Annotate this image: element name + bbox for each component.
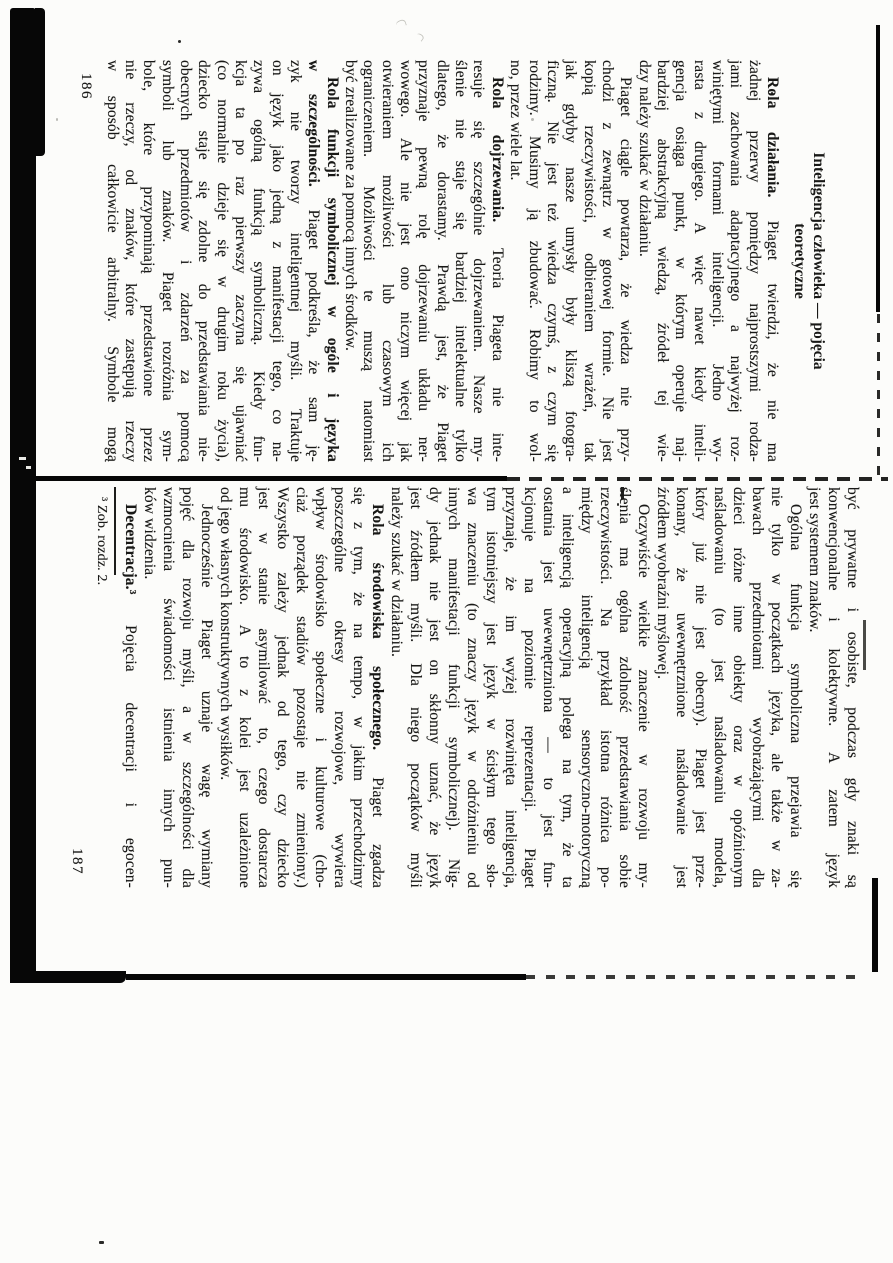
scan-smudge-curl-1 [395,19,407,29]
text-line: symboli lub znaków. Piaget rozróżnia sym… [157,60,175,462]
text-run: dzy należy szukać w działaniu. [636,60,653,257]
text-run: a inteligencją operacyjną polega na tym,… [559,487,576,888]
text-run: żadnej przerwy pomiędzy najprostszymi ro… [746,60,763,462]
text-run: Oczywiście wielkie znaczenie w rozwoju m… [635,504,652,888]
bold-run: Rola funkcji symbolicznej w ogóle i języ… [324,77,341,462]
text-line: chodzi z zewnątrz w gotowej formie. Nie … [598,60,616,462]
text-run: dziecko staje się zdolne do przedstawian… [195,60,212,462]
text-run: być zrealizowane za pomocą innych środkó… [342,60,359,351]
text-line: w szczególności. Piaget podkreśla, że sa… [304,60,322,462]
page-gutter-shadow-right [507,477,888,481]
text-run: Piaget podkreśla, że sam ję- [305,187,322,462]
text-run: Wszystko zależy jednak od tego, czy dzie… [274,487,291,888]
text-run: Piaget ciągle powtarza, że wiedza nie pr… [617,77,634,462]
text-line: Rola funkcji symbolicznej w ogóle i języ… [322,60,340,462]
text-line: nie rzeczy, od znaków, które zastępują r… [121,60,139,462]
text-line: dzieci różne inne obiekty oraz w opóźnio… [729,487,748,888]
text-line: przyznaje, że im wyżej rozwinięta inteli… [501,487,520,888]
section-heading: Inteligencja człowieka — pojęcia teorety… [790,60,828,462]
scan-edge-left-top [35,8,45,156]
text-run: dy jednak nie jest on skłonny uznać, że … [426,487,443,888]
text-run: Ogólna funkcja symboliczna przejawia się [787,504,804,888]
text-run: należy szukać w działaniu. [388,487,405,657]
text-line: Wszystko zależy jednak od tego, czy dzie… [273,487,292,888]
page-number-187: 187 [67,487,86,888]
page-edge-right-top [876,25,880,312]
page-186-text: Rola działania. Piaget twierdzi, że nie … [102,60,781,462]
text-run: zywa ogólną funkcją symboliczną. Kiedy f… [250,60,267,462]
text-line: jest źródłem myśli. Dla niego początków … [406,487,425,888]
text-run: bawach przedmiotami wyobrażającymi dla [749,487,766,888]
text-run: naśladowaniu (to jest naśladowaniu model… [711,487,728,888]
text-run: rzeczywistości. Na przykład istotna różn… [597,487,614,888]
text-line: Piaget ciągle powtarza, że wiedza nie pr… [616,60,634,462]
text-run: Teoria Piageta nie inte- [489,222,506,462]
text-line: jak gdyby nasze umysły były kliszą fotog… [561,60,579,462]
page-edge-right-dashes [877,314,880,482]
text-run: ków widzenia. [141,487,158,579]
scan-speck-bar-1 [19,457,26,460]
text-run: (co normalnie dzieje się w drugim roku ż… [214,60,231,462]
text-run: wowego. Ale nie jest ono niczym więcej j… [397,60,414,462]
text-line: ków widzenia. [140,487,159,888]
text-line: a inteligencją operacyjną polega na tym,… [558,487,577,888]
page-edge-right-mark [863,620,866,670]
section-heading-line-1: Inteligencja człowieka — pojęcia [809,60,828,462]
page-edge-right-bottom [872,878,878,972]
text-line: zywa ogólną funkcją symboliczną. Kiedy f… [249,60,267,462]
text-run: Piaget zgadza [369,750,386,888]
text-line: pojęć dla rozwoju myśli, a w szczególnoś… [178,487,197,888]
text-line: (co normalnie dzieje się w drugim roku ż… [212,60,230,462]
text-line: dy jednak nie jest on skłonny uznać, że … [425,487,444,888]
bold-run: Rola środowiska społecznego. [369,504,386,750]
text-line: poszczególne okresy rozwojowe, wywiera [330,487,349,888]
text-run: Piaget twierdzi, że nie ma [764,198,781,463]
bold-run: Rola działania. [764,77,781,198]
text-run: resuje się szczególnie dojrzewaniem. Nas… [471,60,488,462]
book-scan: Inteligencja człowieka — pojęcia teorety… [0,0,893,1263]
scan-speck [56,118,58,121]
text-run: wpływ środowisko społeczne i kulturowe (… [312,487,329,888]
text-run: kopią rzeczywistości, odbieraniem wrażeń… [581,60,598,462]
text-run: przyznaje pewną rolę dojrzewaniu układu … [415,60,432,462]
text-run: dlatego, że dorastamy. Prawdą jest, że P… [434,60,451,462]
text-line: Ogólna funkcja symboliczna przejawia się [786,487,805,888]
text-run: bardziej abstrakcyjną wiedzą, źródeł tej… [654,60,671,462]
text-run: pojęć dla rozwoju myśli, a w szczególnoś… [179,487,196,888]
text-line: winiętymi formami inteligencji. Jedno wy… [708,60,726,462]
text-line: jest w stanie asymilować to, czego dosta… [254,487,273,888]
text-line: od jego własnych konstruktywnych wysiłkó… [216,487,235,888]
page-edge-bottom-faded [526,975,860,979]
scan-speck [178,40,181,43]
text-run: jest w stanie asymilować to, czego dosta… [255,487,272,888]
scan-speck-bar-2 [26,466,31,469]
page-187-text: być prywatne i osobiste, podczas gdy zna… [121,487,862,888]
text-line: nie tylko w początkach języka, ale także… [767,487,786,888]
text-run: zyk nie tworzy inteligentnej myśli. Trak… [287,60,304,462]
scan-smudge-curl-2 [415,32,425,42]
scan-edge-left [10,8,36,974]
text-line: no, przez wiele lat. [506,60,524,462]
text-line: innych manifestacji funkcji symbolicznej… [444,487,463,888]
text-run: symboli lub znaków. Piaget rozróżnia sym… [159,60,176,462]
text-line: ciaż porządek stadiów pozostaje nie zmie… [292,487,311,888]
text-line: wa znaczeniu (to znaczy język w odróżnie… [463,487,482,888]
text-line: Rola działania. Piaget twierdzi, że nie … [763,60,781,462]
text-line: rasta z drugiego. A więc nawet kiedy int… [689,60,707,462]
text-run: być prywatne i osobiste, podczas gdy zna… [844,487,861,888]
text-run: tym istotniejszy jest język w ścisłym te… [483,487,500,888]
text-run: poszczególne okresy rozwojowe, wywiera [331,487,348,888]
text-line: Oczywiście wielkie znaczenie w rozwoju m… [634,487,653,888]
text-line: ograniczeniem. Możliwości te muszą natom… [359,60,377,462]
text-line: się z tym, że na tempo, w jakim przechod… [349,487,368,888]
text-run: rodzimy. Musimy ją zbudować. Robimy to w… [526,60,543,462]
text-line: być prywatne i osobiste, podczas gdy zna… [843,487,862,888]
bold-run: w szczególności. [305,60,322,187]
text-line: konany, że uwewnętrznione naśladowanie j… [672,487,691,888]
text-line: w sposób całkowicie arbitralny. Symbole … [102,60,120,462]
page-187: być prywatne i osobiste, podczas gdy zna… [67,487,862,888]
page-edge-bottom [126,974,526,980]
text-line: kcjonuje na poziomie reprezentacji. Piag… [520,487,539,888]
page-gutter-shadow-left [35,476,507,481]
text-line: resuje się szczególnie dojrzewaniem. Nas… [469,60,487,462]
text-run: on język jako jedną z manifestacji tego,… [269,60,286,462]
text-line: Rola dojrzewania. Teoria Piageta nie int… [488,60,506,462]
text-line: gencja osiąga punkt, w którym operuje na… [671,60,689,462]
bold-run: Decentracja.³ [122,504,139,595]
text-run: między inteligencją sensoryczno-motorycz… [578,487,595,888]
text-run: mu środowisko. A to z kolei jest uzależn… [236,487,253,888]
text-line: ślenia ma ogólna zdolność przedstawiania… [615,487,634,888]
text-run: jak gdyby nasze umysły były kliszą fotog… [562,60,579,462]
text-run: jest źródłem myśli. Dla niego początków … [407,487,424,888]
text-run: chodzi z zewnątrz w gotowej formie. Nie … [599,60,616,462]
text-run: wzmocnienia świadomości istnienia innych… [160,487,177,888]
text-run: ślenie nie staje się bardziej intelektua… [452,60,469,462]
text-run: kcjonuje na poziomie reprezentacji. Piag… [521,487,538,888]
text-run: winiętymi formami inteligencji. Jedno wy… [709,60,726,462]
text-line: naśladowaniu (to jest naśladowaniu model… [710,487,729,888]
text-line: jami zachowania adaptacyjnego a najwyżej… [726,60,744,462]
text-line: Rola środowiska społecznego. Piaget zgad… [368,487,387,888]
text-run: od jego własnych konstruktywnych wysiłkó… [217,487,234,780]
text-run: Pojęcia decentracji i egocen- [122,595,139,888]
text-run: gencja osiąga punkt, w którym operuje na… [672,60,689,462]
footnote-rule [114,487,116,575]
text-line: wzmocnienia świadomości istnienia innych… [159,487,178,888]
text-line: wpływ środowisko społeczne i kulturowe (… [311,487,330,888]
text-run: jest systemem znaków. [806,487,823,633]
text-run: kcja ta po raz pierwszy zaczyna się ujaw… [232,60,249,462]
text-line: mu środowisko. A to z kolei jest uzależn… [235,487,254,888]
text-run: ograniczeniem. Możliwości te muszą natom… [360,60,377,462]
text-line: wowego. Ale nie jest ono niczym więcej j… [396,60,414,462]
text-line: on język jako jedną z manifestacji tego,… [267,60,285,462]
page-number-186: 186 [77,60,95,462]
text-run: Jednocześnie Piaget uznaje wagę wymiany [198,504,215,888]
text-run: nie rzeczy, od znaków, które zastępują r… [122,60,139,462]
text-line: ostatnia jest uwewnętrzniona — to jest f… [539,487,558,888]
text-run: ficzną. Nie jest też wiedza czymś, z czy… [544,60,561,462]
text-line: należy szukać w działaniu. [387,487,406,888]
text-line: dziecko staje się zdolne do przedstawian… [194,60,212,462]
text-run: obecnych przedmiotów i zdarzeń za pomocą [177,60,194,462]
text-run: konwencjonalne i kolektywne. A zatem jęz… [825,487,842,888]
text-run: przyznaje, że im wyżej rozwinięta inteli… [502,487,519,888]
text-line: konwencjonalne i kolektywne. A zatem jęz… [824,487,843,888]
text-run: nie tylko w początkach języka, ale także… [768,487,785,888]
section-heading-line-2: teoretyczne [790,60,809,462]
text-line: ficzną. Nie jest też wiedza czymś, z czy… [543,60,561,462]
text-line: kcja ta po raz pierwszy zaczyna się ujaw… [231,60,249,462]
text-line: który już nie jest obecny). Piaget jest … [691,487,710,888]
bold-run: Rola dojrzewania. [489,77,506,222]
text-run: bole, które przypominają przedstawione p… [140,60,157,462]
text-line: jest systemem znaków. [805,487,824,888]
text-run: w sposób całkowicie arbitralny. Symbole … [104,60,121,462]
text-run: no, przez wiele lat. [507,60,524,180]
text-run: się z tym, że na tempo, w jakim przechod… [350,487,367,888]
page-186: Inteligencja człowieka — pojęcia teorety… [77,60,828,462]
text-line: tym istotniejszy jest język w ścisłym te… [482,487,501,888]
text-run: ciaż porządek stadiów pozostaje nie zmie… [293,487,310,888]
text-run: ostatnia jest uwewnętrzniona — to jest f… [540,487,557,888]
text-run: ślenia ma ogólna zdolność przedstawiania… [616,487,633,888]
text-line: bole, które przypominają przedstawione p… [139,60,157,462]
text-line: obecnych przedmiotów i zdarzeń za pomocą [176,60,194,462]
text-line: Jednocześnie Piaget uznaje wagę wymiany [197,487,216,888]
text-line: kopią rzeczywistości, odbieraniem wrażeń… [579,60,597,462]
text-run: wa znaczeniu (to znaczy język w odróżnie… [464,487,481,888]
text-run: który już nie jest obecny). Piaget jest … [692,487,709,888]
text-run: konany, że uwewnętrznione naśladowanie j… [673,487,690,888]
text-line: między inteligencją sensoryczno-motorycz… [577,487,596,888]
text-line: otwieraniem możliwości lub czasowym ich [377,60,395,462]
text-line: być zrealizowane za pomocą innych środkó… [341,60,359,462]
text-run: dzieci różne inne obiekty oraz w opóźnio… [730,487,747,888]
text-line: Decentracja.³ Pojęcia decentracji i egoc… [121,487,140,888]
text-run: źródłem wyobraźni myślowej. [654,487,671,679]
text-run: jami zachowania adaptacyjnego a najwyżej… [727,60,744,462]
page-edge-bottom-corner [10,971,126,983]
text-line: rzeczywistości. Na przykład istotna różn… [596,487,615,888]
text-line: dzy należy szukać w działaniu. [634,60,652,462]
footnote: ³ Zob. rozdz. 2. [92,487,111,888]
text-line: źródłem wyobraźni myślowej. [653,487,672,888]
text-line: rodzimy. Musimy ją zbudować. Robimy to w… [524,60,542,462]
text-line: zyk nie tworzy inteligentnej myśli. Trak… [286,60,304,462]
text-line: bawach przedmiotami wyobrażającymi dla [748,487,767,888]
text-line: przyznaje pewną rolę dojrzewaniu układu … [414,60,432,462]
text-run: rasta z drugiego. A więc nawet kiedy int… [691,60,708,462]
text-line: żadnej przerwy pomiędzy najprostszymi ro… [744,60,762,462]
text-run: otwieraniem możliwości lub czasowym ich [379,60,396,462]
text-line: dlatego, że dorastamy. Prawdą jest, że P… [432,60,450,462]
text-run: innych manifestacji funkcji symbolicznej… [445,487,462,888]
scan-speck [99,1241,104,1244]
text-line: bardziej abstrakcyjną wiedzą, źródeł tej… [653,60,671,462]
text-line: ślenie nie staje się bardziej intelektua… [451,60,469,462]
